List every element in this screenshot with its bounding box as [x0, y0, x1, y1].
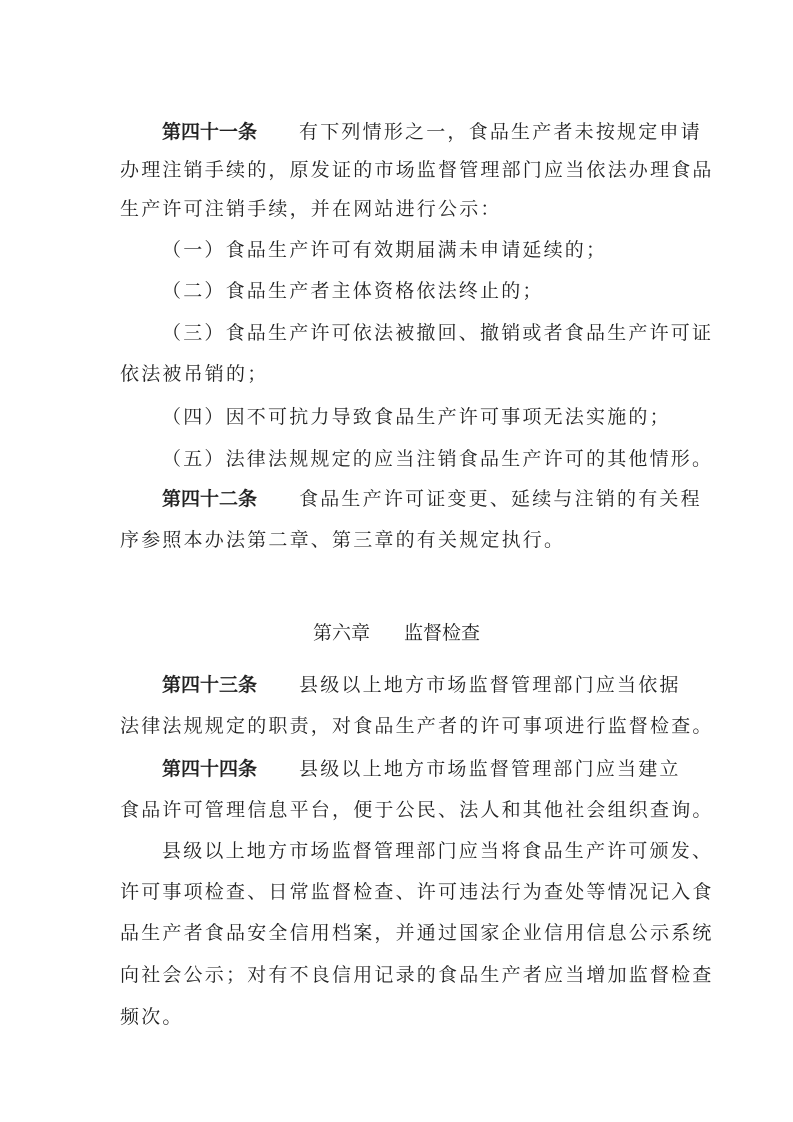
article-heading: 第四十一条: [162, 121, 257, 143]
article-heading: 第四十二条: [162, 488, 257, 510]
article-43-line-2: 法律法规规定的职责，对食品生产者的许可事项进行监督检查。: [120, 714, 680, 738]
article-43-line-1: 第四十三条县级以上地方市场监督管理部门应当依据: [162, 673, 722, 697]
document-page: 第四十一条有下列情形之一，食品生产者未按规定申请 办理注销手续的，原发证的市场监…: [0, 0, 793, 1122]
paragraph-line: 向社会公示；对有不良信用记录的食品生产者应当增加监督检查: [120, 963, 680, 987]
article-heading: 第四十四条: [162, 758, 257, 780]
list-item: （二）食品生产者主体资格依法终止的；: [162, 279, 722, 303]
paragraph-line: 县级以上地方市场监督管理部门应当将食品生产许可颁发、: [162, 839, 722, 863]
paragraph-line: 品生产者食品安全信用档案，并通过国家企业信用信息公示系统: [120, 921, 680, 945]
chapter-title: 监督检查: [404, 622, 480, 644]
paragraph-line: 频次。: [120, 1005, 680, 1029]
article-41-line-1: 第四十一条有下列情形之一，食品生产者未按规定申请: [162, 120, 722, 144]
article-42-line-2: 序参照本办法第二章、第三章的有关规定执行。: [120, 528, 680, 552]
paragraph-line: 许可事项检查、日常监督检查、许可违法行为查处等情况记入食: [120, 880, 680, 904]
list-item: （一）食品生产许可有效期届满未申请延续的；: [162, 238, 722, 262]
article-heading: 第四十三条: [162, 674, 257, 696]
article-41-line-2: 办理注销手续的，原发证的市场监督管理部门应当依法办理食品: [120, 158, 680, 182]
article-41-line-3: 生产许可注销手续，并在网站进行公示：: [120, 197, 680, 221]
list-item: （四）因不可抗力导致食品生产许可事项无法实施的；: [162, 405, 722, 429]
chapter-heading: 第六章监督检查: [0, 618, 793, 645]
chapter-number: 第六章: [313, 622, 370, 644]
article-42-line-1: 第四十二条食品生产许可证变更、延续与注销的有关程: [162, 487, 722, 511]
article-44-line-2: 食品许可管理信息平台，便于公民、法人和其他社会组织查询。: [120, 798, 680, 822]
article-44-line-1: 第四十四条县级以上地方市场监督管理部门应当建立: [162, 757, 722, 781]
list-item: （五）法律法规规定的应当注销食品生产许可的其他情形。: [162, 447, 722, 471]
list-item: （三）食品生产许可依法被撤回、撤销或者食品生产许可证: [162, 321, 722, 345]
list-item-continuation: 依法被吊销的；: [120, 362, 680, 386]
